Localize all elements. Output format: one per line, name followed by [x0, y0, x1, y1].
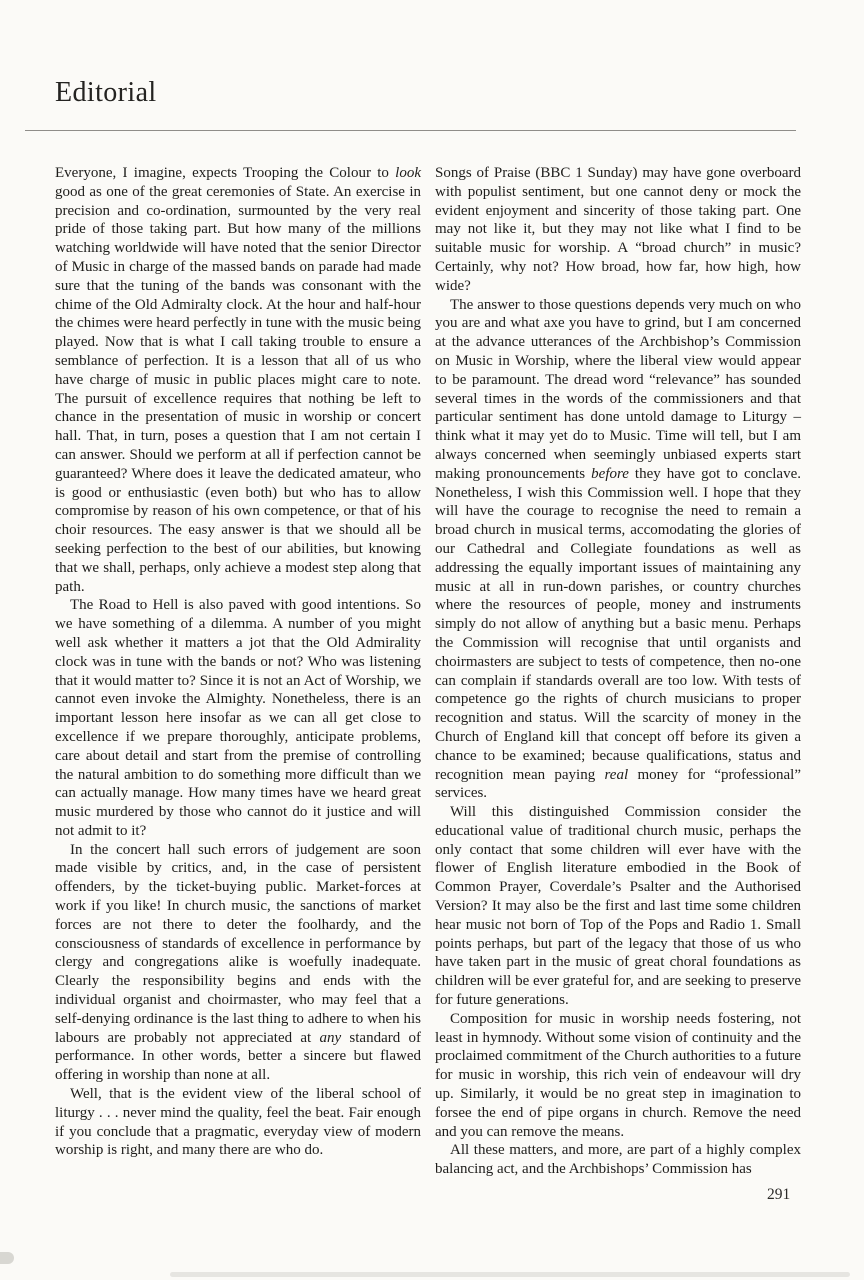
- page-number: 291: [767, 1186, 790, 1204]
- scan-artifact: [170, 1272, 850, 1277]
- paragraph: In the concert hall such errors of judge…: [55, 841, 421, 1085]
- page-title: Editorial: [55, 77, 157, 109]
- paragraph: The answer to those questions depends ve…: [435, 296, 801, 804]
- left-column: Everyone, I imagine, expects Trooping th…: [55, 164, 421, 1179]
- paragraph: Composition for music in worship needs f…: [435, 1010, 801, 1142]
- divider-rule: [25, 130, 796, 131]
- right-column: Songs of Praise (BBC 1 Sunday) may have …: [435, 164, 801, 1179]
- editorial-page: Editorial Everyone, I imagine, expects T…: [0, 0, 864, 1280]
- scan-artifact: [0, 1252, 14, 1264]
- paragraph: Songs of Praise (BBC 1 Sunday) may have …: [435, 164, 801, 296]
- text-columns: Everyone, I imagine, expects Trooping th…: [55, 164, 801, 1179]
- paragraph: All these matters, and more, are part of…: [435, 1141, 801, 1179]
- paragraph: Will this distinguished Commission consi…: [435, 803, 801, 1010]
- paragraph: The Road to Hell is also paved with good…: [55, 596, 421, 840]
- paragraph: Well, that is the evident view of the li…: [55, 1085, 421, 1160]
- paragraph: Everyone, I imagine, expects Trooping th…: [55, 164, 421, 596]
